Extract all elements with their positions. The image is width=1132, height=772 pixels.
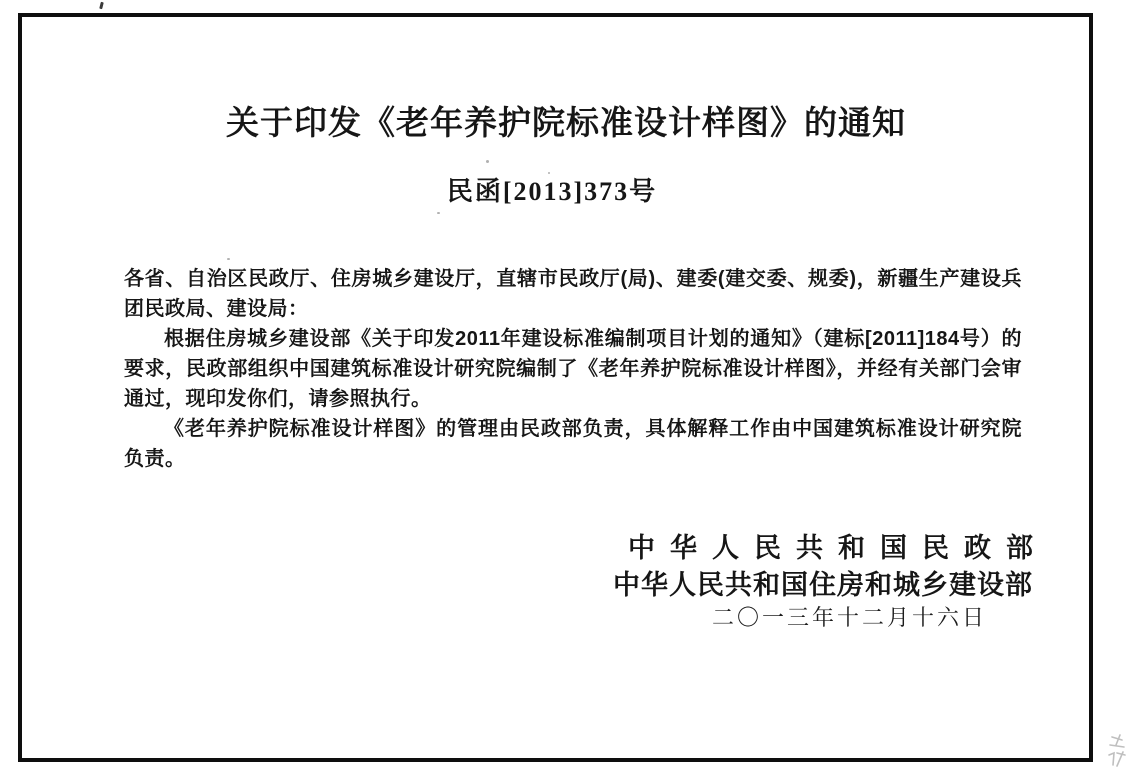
scan-dust: [437, 212, 440, 214]
notice-body: 各省、自治区民政厅、住房城乡建设厅，直辖市民政厅(局)、建委(建交委、规委)，新…: [124, 264, 1022, 474]
scan-dust: [486, 160, 489, 163]
scan-dust: [548, 172, 550, 174]
document-number: 民函[2013]373号: [0, 177, 1104, 207]
faint-corner-mark: [1106, 733, 1128, 769]
body-paragraph: 《老年养护院标准设计样图》的管理由民政部负责，具体解释工作由中国建筑标准设计研究…: [124, 414, 1022, 474]
scanned-notice-page: { "doc": { "title": "关于印发《老年养护院标准设计样图》的通…: [0, 0, 1132, 772]
body-paragraph: 根据住房城乡建设部《关于印发2011年建设标准编制项目计划的通知》（建标[201…: [124, 324, 1022, 414]
scan-speck: [99, 2, 104, 10]
signature-ministry-housing: 中华人民共和国住房和城乡建设部: [613, 568, 1033, 602]
signature-ministry-civil-affairs: 中华人民共和国民政部: [628, 531, 1048, 565]
scan-dust: [227, 258, 230, 260]
signature-date: 二〇一三年十二月十六日: [712, 604, 987, 632]
salutation: 各省、自治区民政厅、住房城乡建设厅，直辖市民政厅(局)、建委(建交委、规委)，新…: [124, 264, 1022, 324]
page-title: 关于印发《老年养护院标准设计样图》的通知: [0, 104, 1132, 142]
